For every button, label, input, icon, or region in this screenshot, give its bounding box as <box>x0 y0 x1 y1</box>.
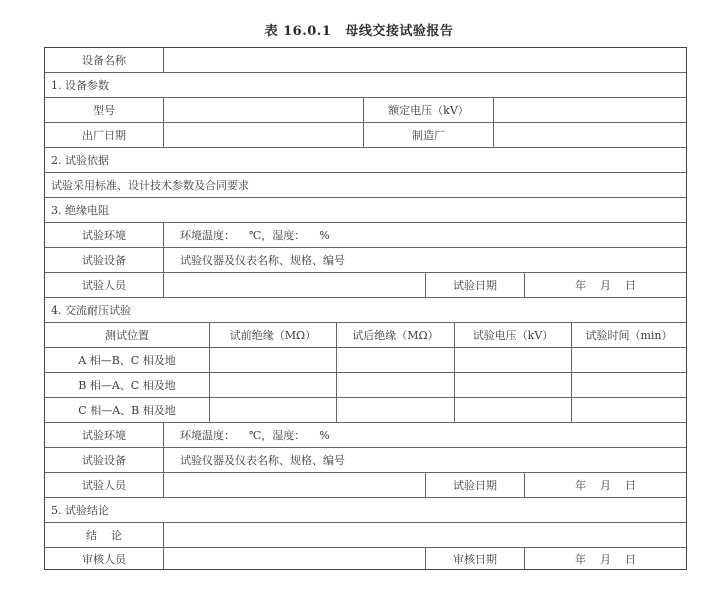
reviewer-label: 审核人员 <box>45 548 163 569</box>
section1-heading-row: 1. 设备参数 <box>45 72 686 97</box>
section5-heading: 5. 试验结论 <box>45 498 686 522</box>
row-model: 型号 额定电压（kV） <box>45 97 686 122</box>
test-voltage-c[interactable] <box>454 398 571 422</box>
device-name-label: 设备名称 <box>45 48 163 72</box>
s3-equip-field[interactable]: 试验仪器及仪表名称、规格、编号 <box>163 248 686 272</box>
s3-personnel-field[interactable] <box>163 273 425 297</box>
s4-data-row-c: C 相—A、B 相及地 <box>45 397 686 422</box>
s4-date-field[interactable]: 年 月 日 <box>524 473 686 497</box>
row-factory-date: 出厂日期 制造厂 <box>45 122 686 147</box>
position-b: B 相—A、C 相及地 <box>45 373 209 397</box>
post-insulation-b[interactable] <box>336 373 454 397</box>
row-device-name: 设备名称 <box>45 48 686 72</box>
s4-row-environment: 试验环境 环境温度： ℃，湿度： % <box>45 422 686 447</box>
table-title: 表 16.0.1母线交接试验报告 <box>0 20 718 39</box>
section5-heading-row: 5. 试验结论 <box>45 497 686 522</box>
test-time-c[interactable] <box>571 398 686 422</box>
conclusion-label: 结 论 <box>45 523 163 547</box>
col-test-voltage: 试验电压（kV） <box>454 323 571 347</box>
test-voltage-b[interactable] <box>454 373 571 397</box>
section2-heading: 2. 试验依据 <box>45 148 686 172</box>
factory-date-label: 出厂日期 <box>45 123 163 147</box>
s4-row-equipment: 试验设备 试验仪器及仪表名称、规格、编号 <box>45 447 686 472</box>
col-test-position: 测试位置 <box>45 323 209 347</box>
table-number: 表 16.0.1 <box>265 24 332 39</box>
review-date-label: 审核日期 <box>425 548 524 569</box>
row-reviewer: 审核人员 审核日期 年 月 日 <box>45 547 686 569</box>
review-date-field[interactable]: 年 月 日 <box>524 548 686 569</box>
section4-heading: 4. 交流耐压试验 <box>45 298 686 322</box>
test-time-b[interactable] <box>571 373 686 397</box>
post-insulation-a[interactable] <box>336 348 454 372</box>
pre-insulation-a[interactable] <box>209 348 336 372</box>
s4-row-personnel: 试验人员 试验日期 年 月 日 <box>45 472 686 497</box>
test-voltage-a[interactable] <box>454 348 571 372</box>
s4-data-row-b: B 相—A、C 相及地 <box>45 372 686 397</box>
pre-insulation-c[interactable] <box>209 398 336 422</box>
test-basis-text: 试验采用标准、设计技术参数及合同要求 <box>45 173 686 197</box>
col-test-time: 试验时间（min） <box>571 323 686 347</box>
factory-date-field[interactable] <box>163 123 363 147</box>
s3-row-personnel: 试验人员 试验日期 年 月 日 <box>45 272 686 297</box>
position-a: A 相—B、C 相及地 <box>45 348 209 372</box>
rated-voltage-label: 额定电压（kV） <box>363 98 493 122</box>
s4-env-label: 试验环境 <box>45 423 163 447</box>
s3-equip-label: 试验设备 <box>45 248 163 272</box>
s3-env-field[interactable]: 环境温度： ℃，湿度： % <box>163 223 686 247</box>
col-post-insulation: 试后绝缘（MΩ） <box>336 323 454 347</box>
test-time-a[interactable] <box>571 348 686 372</box>
s4-header-row: 测试位置 试前绝缘（MΩ） 试后绝缘（MΩ） 试验电压（kV） 试验时间（min… <box>45 322 686 347</box>
manufacturer-field[interactable] <box>493 123 686 147</box>
rated-voltage-field[interactable] <box>493 98 686 122</box>
post-insulation-c[interactable] <box>336 398 454 422</box>
s4-date-label: 试验日期 <box>425 473 524 497</box>
model-label: 型号 <box>45 98 163 122</box>
section3-heading-row: 3. 绝缘电阻 <box>45 197 686 222</box>
s3-personnel-label: 试验人员 <box>45 273 163 297</box>
row-conclusion: 结 论 <box>45 522 686 547</box>
section4-heading-row: 4. 交流耐压试验 <box>45 297 686 322</box>
s3-env-label: 试验环境 <box>45 223 163 247</box>
col-pre-insulation: 试前绝缘（MΩ） <box>209 323 336 347</box>
model-field[interactable] <box>163 98 363 122</box>
manufacturer-label: 制造厂 <box>363 123 493 147</box>
s4-personnel-label: 试验人员 <box>45 473 163 497</box>
s4-personnel-field[interactable] <box>163 473 425 497</box>
section3-heading: 3. 绝缘电阻 <box>45 198 686 222</box>
s3-date-field[interactable]: 年 月 日 <box>524 273 686 297</box>
pre-insulation-b[interactable] <box>209 373 336 397</box>
section1-heading: 1. 设备参数 <box>45 73 686 97</box>
s4-env-field[interactable]: 环境温度： ℃，湿度： % <box>163 423 686 447</box>
s4-data-row-a: A 相—B、C 相及地 <box>45 347 686 372</box>
section2-heading-row: 2. 试验依据 <box>45 147 686 172</box>
position-c: C 相—A、B 相及地 <box>45 398 209 422</box>
s3-row-environment: 试验环境 环境温度： ℃，湿度： % <box>45 222 686 247</box>
table-name: 母线交接试验报告 <box>345 24 453 39</box>
reviewer-field[interactable] <box>163 548 425 569</box>
s4-equip-field[interactable]: 试验仪器及仪表名称、规格、编号 <box>163 448 686 472</box>
conclusion-field[interactable] <box>163 523 686 547</box>
s3-row-equipment: 试验设备 试验仪器及仪表名称、规格、编号 <box>45 247 686 272</box>
s4-equip-label: 试验设备 <box>45 448 163 472</box>
row-test-basis: 试验采用标准、设计技术参数及合同要求 <box>45 172 686 197</box>
report-table: 设备名称 1. 设备参数 型号 额定电压（kV） 出厂日期 制造厂 2. 试验依… <box>44 47 687 570</box>
device-name-field[interactable] <box>163 48 686 72</box>
s3-date-label: 试验日期 <box>425 273 524 297</box>
